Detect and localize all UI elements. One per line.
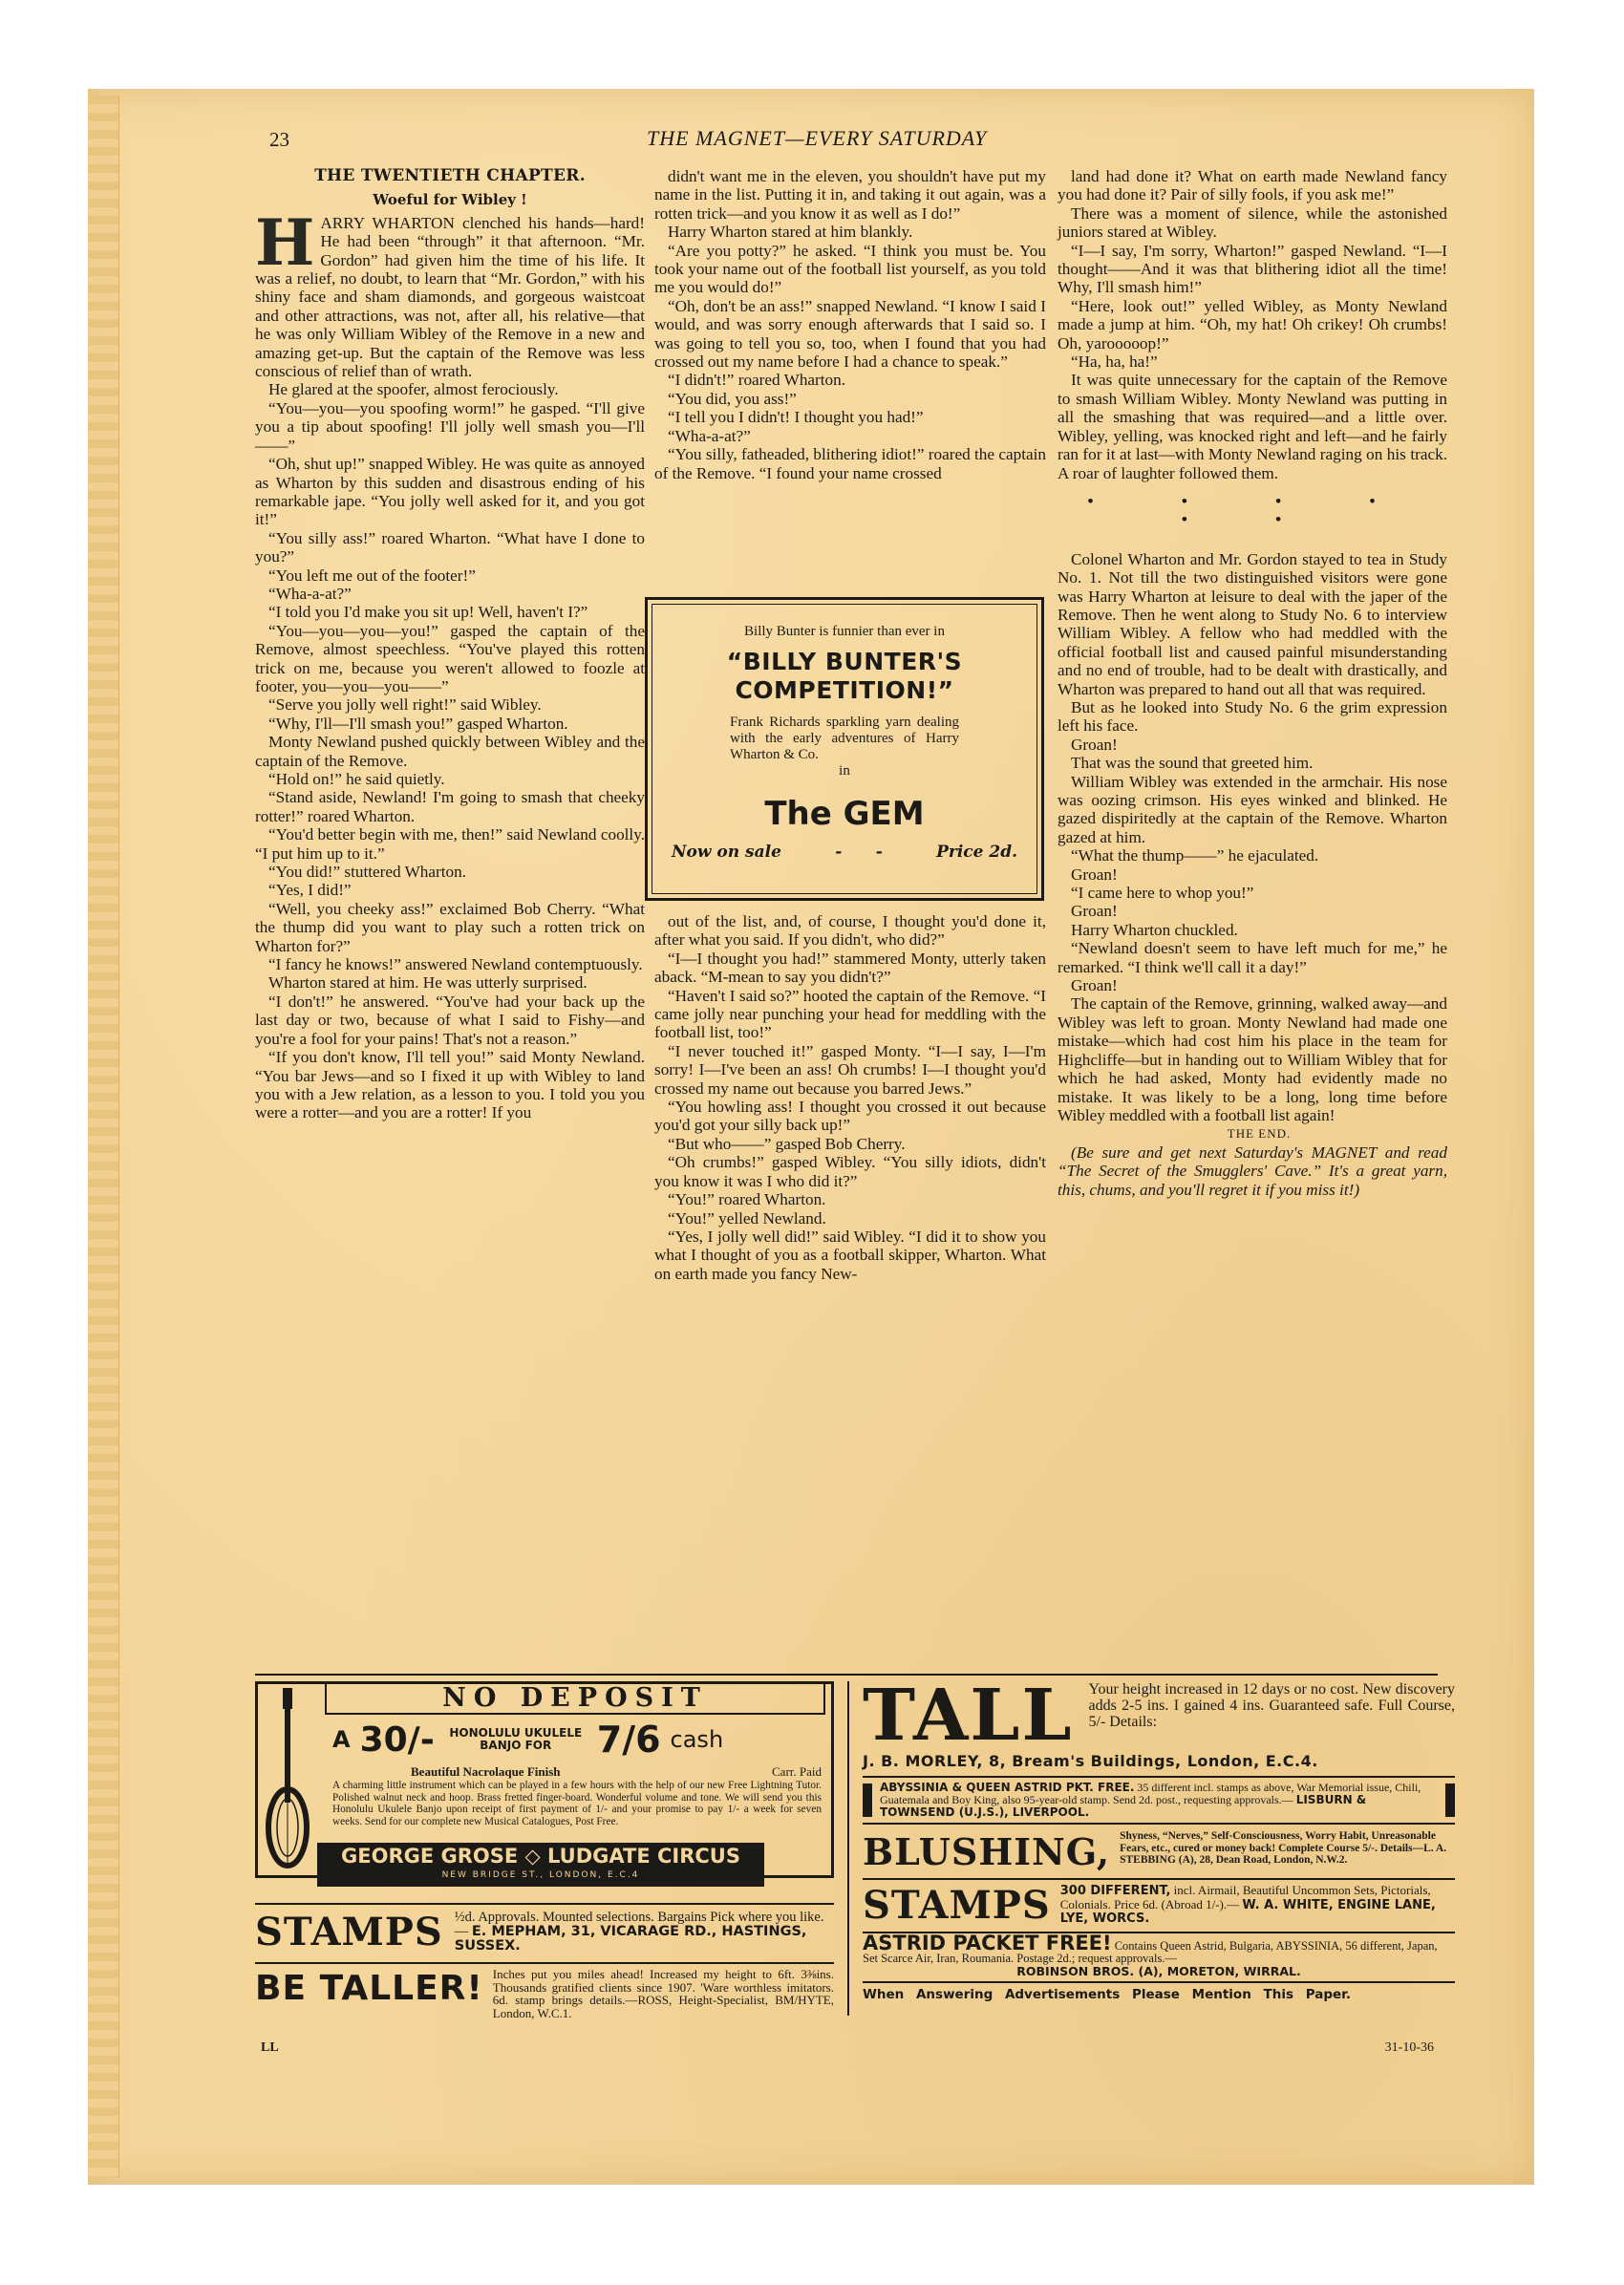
column-2-bottom-paragraphs: out of the list, and, of course, I thoug… (654, 912, 1046, 1283)
story-paragraph: “You!” yelled Newland. (654, 1209, 1046, 1228)
gem-sale-line: Now on sale - - Price 2d. (652, 843, 1036, 862)
ads-left-column: NO DEPOSIT A 30/- HONOLULU UKULELE BANJO… (255, 1681, 834, 1878)
stamps-white-heading: STAMPS (863, 1884, 1051, 1928)
abyssinia-advert: ABYSSINIA & QUEEN ASTRID PKT. FREE. 35 d… (863, 1776, 1455, 1825)
mepham-stamps-advert: STAMPS ½d. Approvals. Mounted selections… (255, 1903, 834, 1954)
story-paragraph: “I—I say, I'm sorry, Wharton!” gasped Ne… (1058, 242, 1447, 297)
column-2-top-paragraphs: didn't want me in the eleven, you should… (654, 167, 1046, 482)
story-paragraph: “Well, you cheeky ass!” exclaimed Bob Ch… (255, 900, 645, 955)
story-paragraph: “But who——” gasped Bob Cherry. (654, 1135, 1046, 1153)
blushing-text: Shyness, “Nerves,” Self-Consciousness, W… (1120, 1830, 1455, 1874)
story-paragraph: Harry Wharton stared at him blankly. (654, 223, 1046, 241)
banjo-advert: NO DEPOSIT A 30/- HONOLULU UKULELE BANJO… (255, 1681, 834, 1878)
gem-on-sale: Now on sale (672, 843, 781, 862)
story-paragraph: Monty Newland pushed quickly between Wib… (255, 733, 645, 770)
story-column-2-continued: out of the list, and, of course, I thoug… (645, 912, 1046, 1283)
george-grose-banner: GEORGE GROSE ◇ LUDGATE CIRCUS NEW BRIDGE… (317, 1843, 764, 1887)
gem-title: The GEM (652, 795, 1036, 833)
banjo-finish: Beautiful Nacrolaque Finish (411, 1764, 561, 1780)
story-paragraph: Wharton stared at him. He was utterly su… (255, 973, 645, 992)
story-paragraph: “You did, you ass!” (654, 390, 1046, 408)
story-paragraph: “You silly ass!” roared Wharton. “What h… (255, 529, 645, 566)
story-paragraph: “I don't!” he answered. “You've had your… (255, 993, 645, 1048)
banjo-full-price: 30/- (360, 1720, 435, 1760)
story-paragraph: William Wibley was extended in the armch… (1058, 773, 1447, 847)
abyssinia-heading: ABYSSINIA & QUEEN ASTRID PKT. FREE. (880, 1781, 1134, 1794)
astrid-packet-advert: ASTRID PACKET FREE! Contains Queen Astri… (863, 1932, 1455, 1977)
blushing-heading: BLUSHING, (863, 1830, 1110, 1874)
mepham-address: E. MEPHAM, 31, VICARAGE RD., HASTINGS, S… (455, 1924, 807, 1954)
story-paragraph: Colonel Wharton and Mr. Gordon stayed to… (1058, 550, 1447, 698)
tall-heading: TALL (863, 1681, 1074, 1750)
story-paragraph: Groan! (1058, 865, 1447, 884)
story-paragraph: out of the list, and, of course, I thoug… (654, 912, 1046, 950)
story-paragraph: Groan! (1058, 736, 1447, 754)
story-paragraph: Groan! (1058, 902, 1447, 920)
banjo-product: HONOLULU UKULELE BANJO FOR (444, 1727, 588, 1752)
gem-in: in (652, 763, 1036, 779)
story-paragraph: “Stand aside, Newland! I'm going to smas… (255, 788, 645, 825)
story-paragraph: “Wha-a-at?” (654, 427, 1046, 445)
seller-name: GEORGE GROSE ◇ LUDGATE CIRCUS (341, 1845, 740, 1868)
chapter-heading: THE TWENTIETH CHAPTER. (255, 167, 645, 185)
story-paragraph: “You!” roared Wharton. (654, 1190, 1046, 1208)
story-paragraph: Harry Wharton chuckled. (1058, 921, 1447, 939)
story-paragraph: “You—you—you—you!” gasped the captain of… (255, 622, 645, 696)
be-taller-advert: BE TALLER! Inches put you miles ahead! I… (255, 1962, 834, 2019)
banjo-price-line: A 30/- HONOLULU UKULELE BANJO FOR 7/6 ca… (332, 1719, 825, 1761)
banjo-carriage: Carr. Paid (772, 1764, 822, 1780)
story-paragraph: “Why, I'll—I'll smash you!” gasped Whart… (255, 715, 645, 733)
banjo-cash-price: 7/6 (597, 1719, 661, 1761)
morley-address: J. B. MORLEY, 8, Bream's Buildings, Lond… (863, 1752, 1455, 1770)
be-taller-heading: BE TALLER! (255, 1968, 483, 2019)
story-paragraph: “I never touched it!” gasped Monty. “I—I… (654, 1042, 1046, 1098)
story-paragraph: The captain of the Remove, grinning, wal… (1058, 994, 1447, 1124)
story-paragraph: didn't want me in the eleven, you should… (654, 167, 1046, 223)
story-column-3: land had done it? What on earth made New… (1048, 167, 1447, 1199)
page-header: 23 THE MAGNET—EVERY SATURDAY (160, 126, 1440, 155)
banjo-icon (264, 1684, 311, 1875)
story-column-1: THE TWENTIETH CHAPTER. Woeful for Wibley… (255, 167, 645, 1122)
story-paragraph: “Hold on!” he said quietly. (255, 770, 645, 788)
story-paragraph: “You left me out of the footer!” (255, 566, 645, 585)
story-paragraph: “I tell you I didn't! I thought you had!… (654, 408, 1046, 426)
gem-blurb: Frank Richards sparkling yarn dealing wi… (730, 715, 959, 763)
gem-headline: “BILLY BUNTER'S COMPETITION!” (652, 648, 1036, 705)
story-paragraph: “I didn't!” roared Wharton. (654, 371, 1046, 389)
be-taller-text: Inches put you miles ahead! Increased my… (493, 1968, 834, 2019)
page-number: 23 (269, 128, 289, 152)
story-paragraph: There was a moment of silence, while the… (1058, 204, 1447, 242)
story-paragraph: “Newland doesn't seem to have left much … (1058, 939, 1447, 976)
story-paragraph: “Oh crumbs!” gasped Wibley. “You silly i… (654, 1153, 1046, 1190)
gem-dash-separator: - - (835, 843, 883, 862)
story-paragraph: “Yes, I jolly well did!” said Wibley. “I… (654, 1228, 1046, 1283)
printer-mark: LL (261, 2040, 279, 2056)
story-paragraph: “You howling ass! I thought you crossed … (654, 1098, 1046, 1135)
banjo-cash-label: cash (671, 1726, 724, 1753)
running-title: THE MAGNET—EVERY SATURDAY (647, 126, 987, 151)
the-end: THE END. (1058, 1124, 1447, 1142)
story-paragraph: That was the sound that greeted him. (1058, 754, 1447, 772)
mention-paper-notice: When Answering Advertisements Please Men… (863, 1981, 1455, 2002)
white-stamps-advert: STAMPS 300 DIFFERENT, incl. Airmail, Bea… (863, 1878, 1455, 1928)
advertisements: NO DEPOSIT A 30/- HONOLULU UKULELE BANJO… (160, 1681, 1440, 2102)
story-paragraph: “What the thump——” he ejaculated. (1058, 846, 1447, 865)
story-paragraph: “You'd better begin with me, then!” said… (255, 825, 645, 863)
story-paragraph: “I told you I'd make you sit up! Well, h… (255, 603, 645, 621)
banjo-finish-line: Beautiful Nacrolaque Finish Carr. Paid (411, 1764, 822, 1780)
story-paragraph: But as he looked into Study No. 6 the gr… (1058, 698, 1447, 736)
story-paragraph: “Are you potty?” he asked. “I think you … (654, 242, 1046, 297)
story-paragraph: “Yes, I did!” (255, 881, 645, 899)
story-paragraph: Groan! (1058, 976, 1447, 994)
ads-right-column: TALL Your height increased in 12 days or… (847, 1681, 1455, 2016)
story-paragraph: It was quite unnecessary for the captain… (1058, 371, 1447, 481)
gem-intro: Billy Bunter is funnier than ever in (735, 624, 954, 640)
story-paragraph: “Haven't I said so?” hooted the captain … (654, 987, 1046, 1042)
story-paragraph: “I fancy he knows!” answered Newland con… (255, 955, 645, 973)
banjo-a: A (332, 1726, 351, 1753)
story-paragraph: “You—you—you spoofing worm!” he gasped. … (255, 399, 645, 455)
story-paragraph: “Serve you jolly well right!” said Wible… (255, 695, 645, 714)
story-paragraph: “You silly, fatheaded, blithering idiot!… (654, 445, 1046, 482)
page-content: 23 THE MAGNET—EVERY SATURDAY THE TWENTIE… (160, 0, 1440, 2285)
blushing-advert: BLUSHING, Shyness, “Nerves,” Self-Consci… (863, 1830, 1455, 1874)
section-separator: • • • • • • (1058, 492, 1447, 529)
banjo-description: A charming little instrument which can b… (332, 1780, 822, 1827)
astrid-address: ROBINSON BROS. (A), MORETON, WIRRAL. (863, 1965, 1455, 1977)
next-week-notice: (Be sure and get next Saturday's MAGNET … (1058, 1143, 1447, 1199)
story-paragraph: “If you don't know, I'll tell you!” said… (255, 1048, 645, 1122)
issue-date: 31-10-36 (1385, 2040, 1434, 2056)
story-paragraph: “I—I thought you had!” stammered Monty, … (654, 950, 1046, 987)
ads-divider-rule (255, 1674, 1438, 1676)
story-paragraph: “You did!” stuttered Wharton. (255, 863, 645, 881)
story-paragraph: land had done it? What on earth made New… (1058, 167, 1447, 204)
story-paragraph: “Oh, don't be an ass!” snapped Newland. … (654, 297, 1046, 372)
stamps-heading: STAMPS (255, 1911, 443, 1954)
tall-advert: TALL Your height increased in 12 days or… (863, 1681, 1455, 1750)
story-paragraph: “I came here to whop you!” (1058, 884, 1447, 902)
drop-cap: H (255, 218, 314, 267)
no-deposit-heading: NO DEPOSIT (325, 1684, 825, 1715)
tall-text: Your height increased in 12 days or no c… (1089, 1681, 1456, 1750)
seller-address: NEW BRIDGE ST., LONDON, E.C.4 (317, 1869, 764, 1881)
column-3-top-paragraphs: land had done it? What on earth made New… (1058, 167, 1447, 482)
gem-advert-box: Billy Bunter is funnier than ever in “BI… (645, 597, 1044, 901)
story-column-2: didn't want me in the eleven, you should… (645, 167, 1046, 482)
story-paragraph: “Wha-a-at?” (255, 585, 645, 603)
story-paragraph: “Ha, ha, ha!” (1058, 352, 1447, 371)
story-paragraph: “Here, look out!” yelled Wibley, as Mont… (1058, 297, 1447, 352)
story-paragraph: “Oh, shut up!” snapped Wibley. He was qu… (255, 455, 645, 529)
column-1-paragraphs: ARRY WHARTON clenched his hands—hard! He… (255, 214, 645, 1122)
story-paragraph: He glared at the spoofer, almost ferocio… (255, 380, 645, 398)
gem-price: Price 2d. (936, 843, 1017, 862)
column-3-bottom-paragraphs: Colonel Wharton and Mr. Gordon stayed to… (1058, 550, 1447, 1125)
